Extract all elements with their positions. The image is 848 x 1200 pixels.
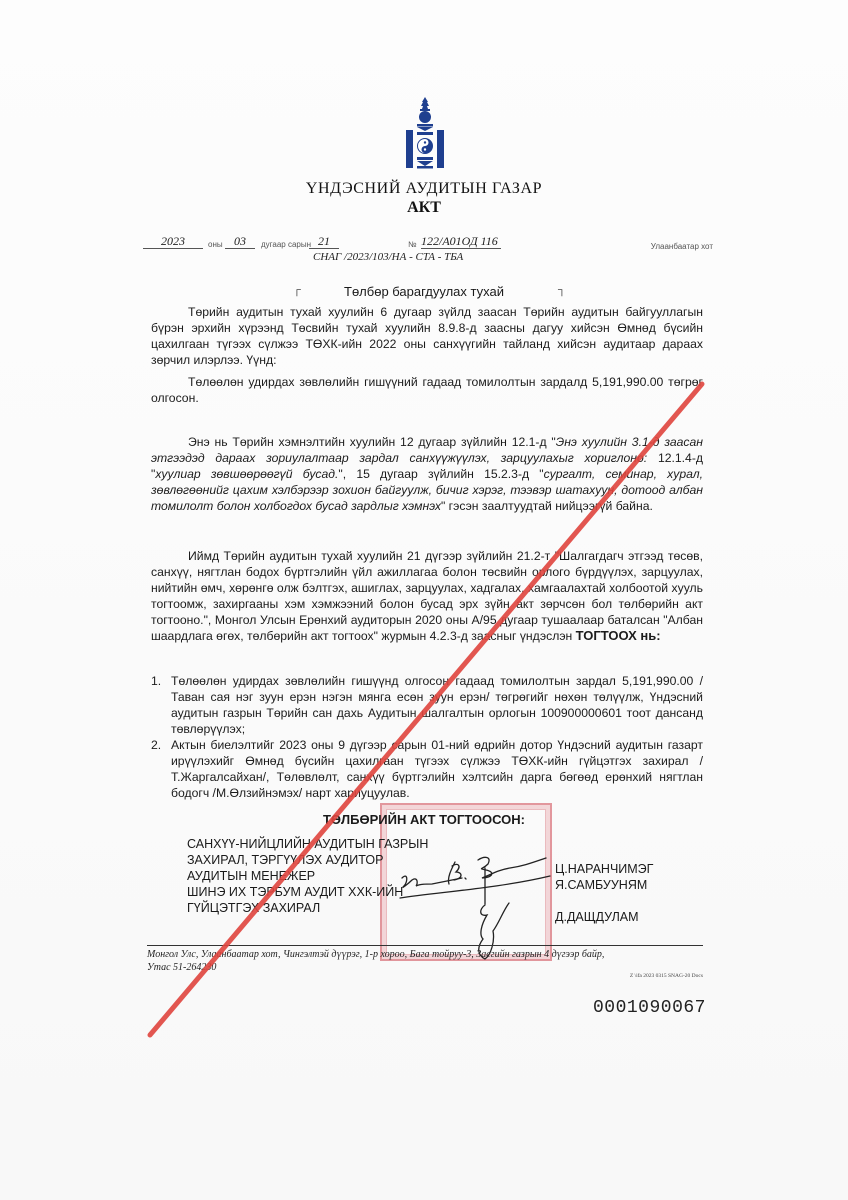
- signatory-positions: САНХҮҮ-НИЙЦЛИЙН АУДИТЫН ГАЗРЫН ЗАХИРАЛ, …: [187, 836, 428, 916]
- signatory-position: ЗАХИРАЛ, ТЭРГҮҮЛЭХ АУДИТОР: [187, 852, 428, 868]
- address-line: Монгол Улс, Улаанбаатар хот, Чингэлтэй д…: [147, 948, 707, 961]
- city-label: Улаанбаатар хот: [651, 242, 713, 251]
- date-month: 03: [225, 234, 255, 249]
- serial-number: 0001090067: [593, 998, 706, 1018]
- signatory-position: ШИНЭ ИХ ТЭРБУМ АУДИТ ХХК-ИЙН: [187, 884, 428, 900]
- number-label: №: [408, 240, 417, 249]
- paragraph-text: Төрийн аудитын тухай хуулийн 6 дугаар зү…: [151, 304, 703, 368]
- signature-block-title: ТӨЛБӨРИЙН АКТ ТОГТООСОН:: [0, 812, 848, 827]
- signatory-position: АУДИТЫН МЕНЕЖЕР: [187, 868, 428, 884]
- text-run: Энэ нь Төрийн хэмнэлтийн хуулийн 12 дуга…: [188, 435, 556, 449]
- resolution-list: 1. Төлөөлөн удирдах зөвлөлийн гишүүнд ол…: [151, 673, 703, 801]
- text-run: ", 15 дугаар зүйлийн 15.2.3-д ": [338, 467, 543, 481]
- subject-heading: Төлбөр барагдуулах тухай: [0, 284, 848, 299]
- quote-run: болон холбогдох бусад зардлыг хэмнэх: [213, 499, 441, 513]
- signatory-name: Ц.НАРАНЧИМЭГ: [555, 861, 653, 877]
- list-item: 2. Актын биелэлтийг 2023 оны 9 дүгээр са…: [151, 737, 703, 801]
- document-number-line2: СНАГ /2023/103/НА - СТА - ТБА: [313, 250, 513, 264]
- date-day: 21: [309, 234, 339, 249]
- signatory-name: [555, 893, 653, 909]
- list-item-text: Төлөөлөн удирдах зөвлөлийн гишүүнд олгос…: [171, 674, 703, 736]
- quote-run: хуулиар зөвшөөрөөгүй бусад.: [155, 467, 338, 481]
- signatory-name: Д.ДАЩДУЛАМ: [555, 909, 653, 925]
- signatory-name: Я.САМБУУНЯМ: [555, 877, 653, 893]
- date-year: 2023: [143, 234, 203, 249]
- paragraph-resolution-basis: Иймд Төрийн аудитын тухай хуулийн 21 дүг…: [151, 548, 703, 644]
- month-label: дугаар сарын: [261, 240, 311, 249]
- document-type: АКТ: [0, 199, 848, 217]
- document-number: 122/А01ОД 116: [421, 234, 501, 249]
- form-code: Z \ifa 2023 0315 SNAG-20 Docs: [630, 973, 703, 979]
- text-run: " гэсэн заалтуудтай нийцээгүй байна.: [441, 499, 653, 513]
- phone-line: Утас 51-264230: [147, 961, 707, 974]
- paragraph-findings-intro: Төрийн аудитын тухай хуулийн 6 дугаар зү…: [151, 304, 703, 368]
- paragraph-legal-basis: Энэ нь Төрийн хэмнэлтийн хуулийн 12 дуга…: [151, 434, 703, 514]
- resolution-keyword: ТОГТООХ нь:: [576, 628, 661, 643]
- paragraph-text: Иймд Төрийн аудитын тухай хуулийн 21 дүг…: [151, 548, 703, 644]
- organization-name: ҮНДЭСНИЙ АУДИТЫН ГАЗАР: [0, 180, 848, 198]
- year-label: оны: [208, 240, 223, 249]
- signatory-names: Ц.НАРАНЧИМЭГ Я.САМБУУНЯМ Д.ДАЩДУЛАМ: [555, 861, 653, 925]
- signatory-position: САНХҮҮ-НИЙЦЛИЙН АУДИТЫН ГАЗРЫН: [187, 836, 428, 852]
- list-number: 1.: [151, 673, 161, 689]
- list-item: 1. Төлөөлөн удирдах зөвлөлийн гишүүнд ол…: [151, 673, 703, 737]
- soyombo-emblem-icon: [403, 97, 447, 177]
- list-number: 2.: [151, 737, 161, 753]
- footer-address: Монгол Улс, Улаанбаатар хот, Чингэлтэй д…: [147, 948, 707, 974]
- signatory-position: ГҮЙЦЭТГЭХ ЗАХИРАЛ: [187, 900, 428, 916]
- footer-divider: [147, 945, 703, 946]
- list-item-text: Актын биелэлтийг 2023 оны 9 дүгээр сарын…: [171, 738, 703, 800]
- paragraph-text: Энэ нь Төрийн хэмнэлтийн хуулийн 12 дуга…: [151, 434, 703, 514]
- paragraph-text: Төлөөлөн удирдах зөвлөлийн гишүүний гада…: [151, 374, 703, 406]
- paragraph-violation: Төлөөлөн удирдах зөвлөлийн гишүүний гада…: [151, 374, 703, 406]
- document-page: ҮНДЭСНИЙ АУДИТЫН ГАЗАР АКТ 2023 оны 03 д…: [0, 0, 848, 1200]
- subject-corner-right-icon: ┐: [558, 284, 566, 296]
